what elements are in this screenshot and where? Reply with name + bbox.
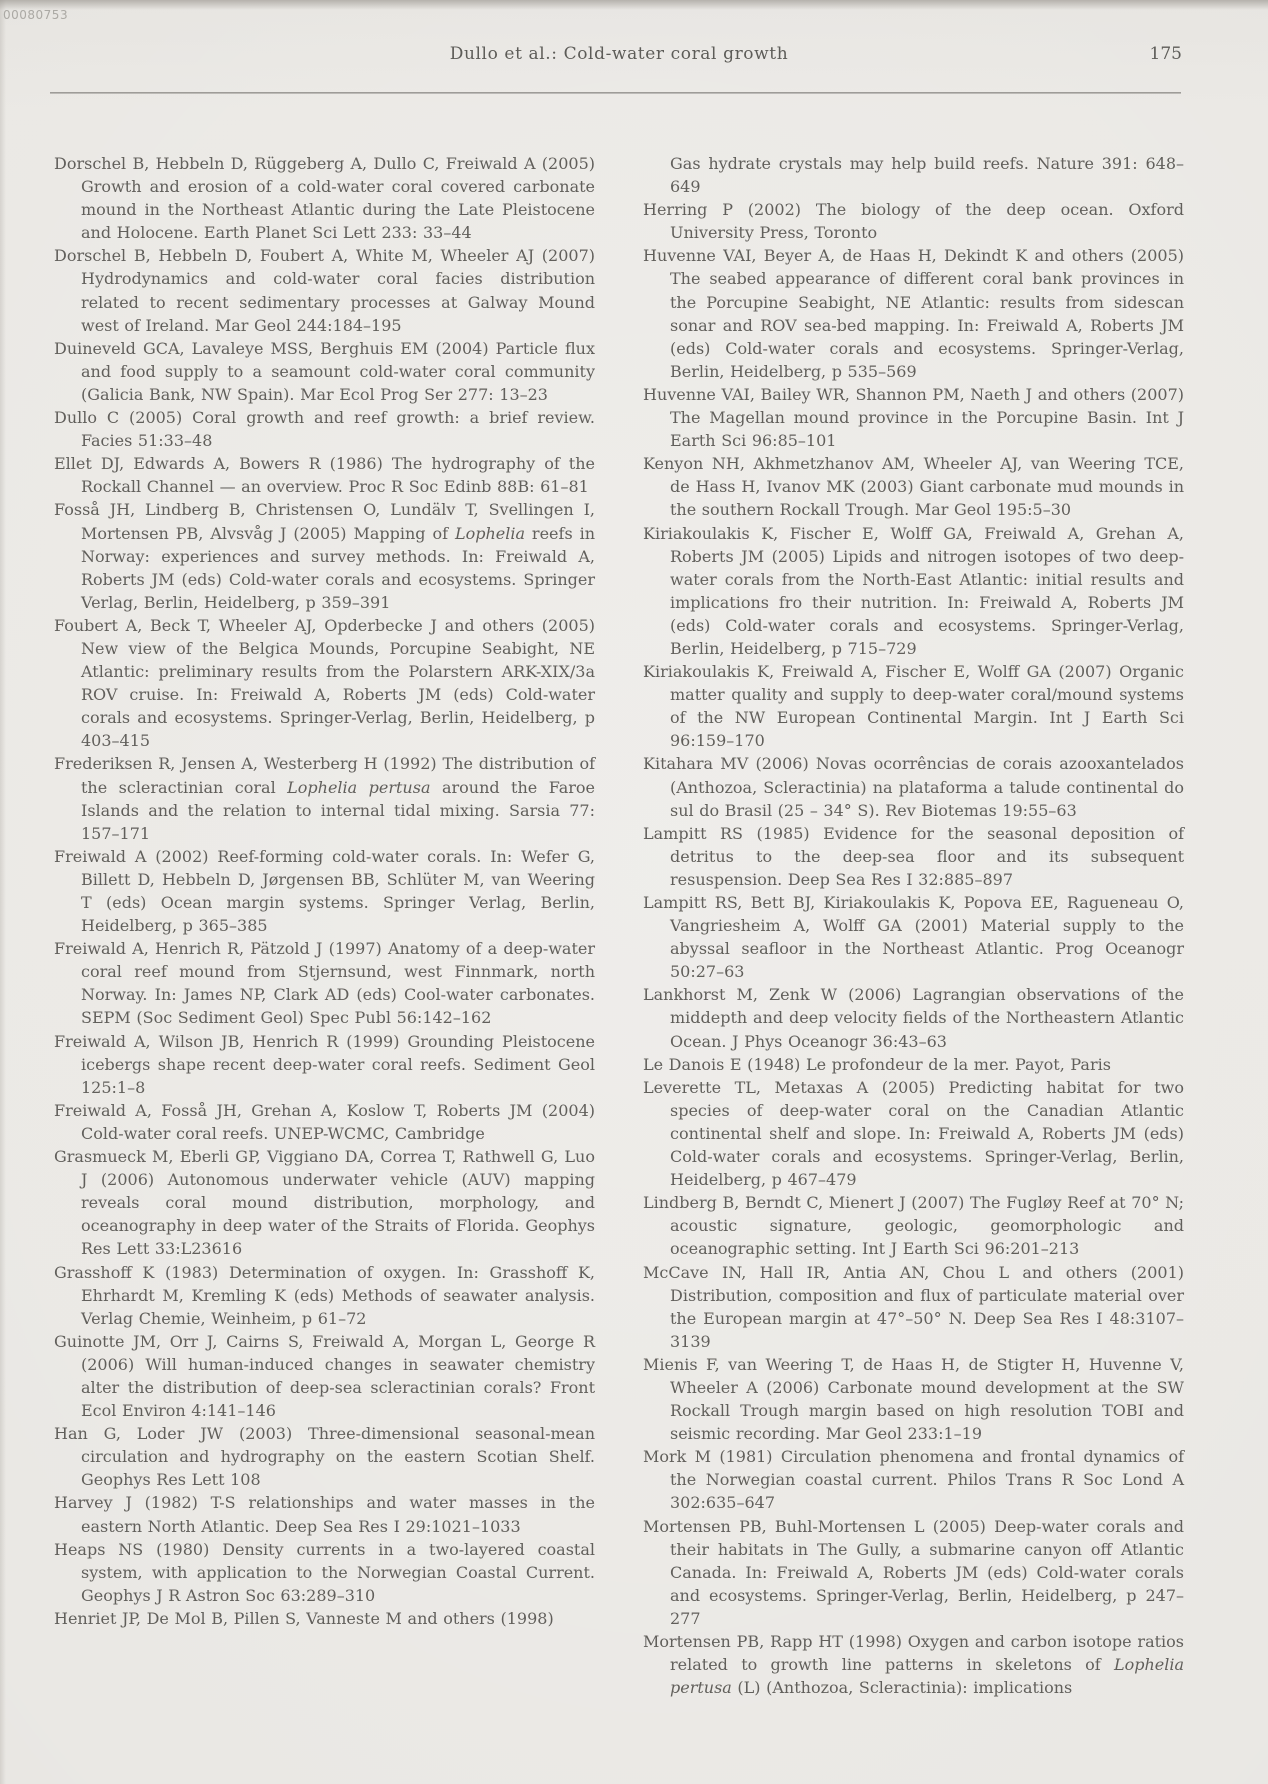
reference-text: Freiwald A (2002) Reef-forming cold-wate…: [54, 847, 595, 935]
reference-text: Mortensen PB, Buhl-Mortensen L (2005) De…: [643, 1517, 1184, 1628]
reference-entry: Herring P (2002) The biology of the deep…: [643, 198, 1184, 244]
reference-entry: Dorschel B, Hebbeln D, Foubert A, White …: [54, 244, 595, 336]
reference-entry: Grasmueck M, Eberli GP, Viggiano DA, Cor…: [54, 1145, 595, 1260]
scan-artifact-left-edge: [0, 0, 6, 1784]
reference-text: Dullo C (2005) Coral growth and reef gro…: [54, 408, 595, 450]
reference-text: Leverette TL, Metaxas A (2005) Predictin…: [643, 1078, 1184, 1189]
reference-entry: Gas hydrate crystals may help build reef…: [643, 152, 1184, 198]
reference-text: Foubert A, Beck T, Wheeler AJ, Opderbeck…: [54, 616, 595, 750]
reference-text: Lankhorst M, Zenk W (2006) Lagrangian ob…: [643, 985, 1184, 1050]
reference-text: Dorschel B, Hebbeln D, Foubert A, White …: [54, 246, 595, 334]
references-right-column: Gas hydrate crystals may help build reef…: [643, 152, 1184, 1699]
reference-text: Duineveld GCA, Lavaleye MSS, Berghuis EM…: [54, 339, 595, 404]
reference-entry: Duineveld GCA, Lavaleye MSS, Berghuis EM…: [54, 337, 595, 406]
reference-text: Grasmueck M, Eberli GP, Viggiano DA, Cor…: [54, 1147, 595, 1258]
reference-text: Mortensen PB, Rapp HT (1998) Oxygen and …: [643, 1632, 1184, 1674]
reference-text: Ellet DJ, Edwards A, Bowers R (1986) The…: [54, 454, 595, 496]
reference-entry: Grasshoff K (1983) Determination of oxyg…: [54, 1261, 595, 1330]
reference-entry: Han G, Loder JW (2003) Three-dimensional…: [54, 1422, 595, 1491]
reference-text: Huvenne VAI, Bailey WR, Shannon PM, Naet…: [643, 385, 1184, 450]
reference-entry: Leverette TL, Metaxas A (2005) Predictin…: [643, 1076, 1184, 1191]
reference-text: Kitahara MV (2006) Novas ocorrências de …: [643, 754, 1184, 819]
reference-entry: Huvenne VAI, Bailey WR, Shannon PM, Naet…: [643, 383, 1184, 452]
reference-text: Harvey J (1982) T-S relationships and wa…: [54, 1493, 595, 1535]
header-rule: [50, 92, 1181, 94]
reference-text: Lampitt RS (1985) Evidence for the seaso…: [643, 824, 1184, 889]
reference-text: Huvenne VAI, Beyer A, de Haas H, Dekindt…: [643, 246, 1184, 380]
reference-entry: Huvenne VAI, Beyer A, de Haas H, Dekindt…: [643, 244, 1184, 383]
reference-entry: Mork M (1981) Circulation phenomena and …: [643, 1445, 1184, 1514]
page-number: 175: [1150, 44, 1182, 64]
reference-text: Le Danois E (1948) Le profondeur de la m…: [643, 1055, 1111, 1074]
reference-text: Freiwald A, Wilson JB, Henrich R (1999) …: [54, 1032, 595, 1097]
reference-text: Dorschel B, Hebbeln D, Rüggeberg A, Dull…: [54, 154, 595, 242]
reference-entry: Henriet JP, De Mol B, Pillen S, Vanneste…: [54, 1607, 595, 1630]
scan-number: 00080753: [3, 8, 68, 22]
reference-entry: Kiriakoulakis K, Fischer E, Wolff GA, Fr…: [643, 522, 1184, 661]
reference-text: Lindberg B, Berndt C, Mienert J (2007) T…: [643, 1193, 1184, 1258]
reference-entry: Mienis F, van Weering T, de Haas H, de S…: [643, 1353, 1184, 1445]
scanned-page: 00080753 Dullo et al.: Cold-water coral …: [0, 0, 1268, 1784]
reference-entry: Le Danois E (1948) Le profondeur de la m…: [643, 1053, 1184, 1076]
reference-entry: Kenyon NH, Akhmetzhanov AM, Wheeler AJ, …: [643, 452, 1184, 521]
running-head: Dullo et al.: Cold-water coral growth: [54, 44, 1184, 64]
reference-entry: Lampitt RS, Bett BJ, Kiriakoulakis K, Po…: [643, 891, 1184, 983]
references-left-column: Dorschel B, Hebbeln D, Rüggeberg A, Dull…: [54, 152, 595, 1699]
reference-entry: Heaps NS (1980) Density currents in a tw…: [54, 1538, 595, 1607]
reference-entry: Guinotte JM, Orr J, Cairns S, Freiwald A…: [54, 1330, 595, 1422]
reference-entry: Kitahara MV (2006) Novas ocorrências de …: [643, 752, 1184, 821]
reference-entry: Fosså JH, Lindberg B, Christensen O, Lun…: [54, 498, 595, 613]
reference-entry: Foubert A, Beck T, Wheeler AJ, Opderbeck…: [54, 614, 595, 753]
reference-entry: Lampitt RS (1985) Evidence for the seaso…: [643, 822, 1184, 891]
reference-text: Grasshoff K (1983) Determination of oxyg…: [54, 1263, 595, 1328]
reference-text: Kiriakoulakis K, Fischer E, Wolff GA, Fr…: [643, 524, 1184, 658]
reference-entry: McCave IN, Hall IR, Antia AN, Chou L and…: [643, 1261, 1184, 1353]
reference-entry: Freiwald A (2002) Reef-forming cold-wate…: [54, 845, 595, 937]
reference-entry: Kiriakoulakis K, Freiwald A, Fischer E, …: [643, 660, 1184, 752]
reference-entry: Freiwald A, Wilson JB, Henrich R (1999) …: [54, 1030, 595, 1099]
reference-entry: Frederiksen R, Jensen A, Westerberg H (1…: [54, 752, 595, 844]
reference-text: McCave IN, Hall IR, Antia AN, Chou L and…: [643, 1263, 1184, 1351]
reference-entry: Freiwald A, Fosså JH, Grehan A, Koslow T…: [54, 1099, 595, 1145]
reference-text: Lampitt RS, Bett BJ, Kiriakoulakis K, Po…: [643, 893, 1184, 981]
reference-text: Gas hydrate crystals may help build reef…: [670, 154, 1184, 196]
reference-text: Heaps NS (1980) Density currents in a tw…: [54, 1540, 595, 1605]
reference-text: Guinotte JM, Orr J, Cairns S, Freiwald A…: [54, 1332, 595, 1420]
reference-text: Freiwald A, Henrich R, Pätzold J (1997) …: [54, 939, 595, 1027]
page-header: Dullo et al.: Cold-water coral growth 17…: [54, 44, 1184, 68]
reference-entry: Ellet DJ, Edwards A, Bowers R (1986) The…: [54, 452, 595, 498]
reference-entry: Lankhorst M, Zenk W (2006) Lagrangian ob…: [643, 983, 1184, 1052]
reference-text: Mienis F, van Weering T, de Haas H, de S…: [643, 1355, 1184, 1443]
reference-text: Herring P (2002) The biology of the deep…: [643, 200, 1184, 242]
reference-text: Han G, Loder JW (2003) Three-dimensional…: [54, 1424, 595, 1489]
reference-text: Mork M (1981) Circulation phenomena and …: [643, 1447, 1184, 1512]
reference-entry: Dullo C (2005) Coral growth and reef gro…: [54, 406, 595, 452]
reference-text: Kiriakoulakis K, Freiwald A, Fischer E, …: [643, 662, 1184, 750]
reference-entry: Lindberg B, Berndt C, Mienert J (2007) T…: [643, 1191, 1184, 1260]
reference-text: Freiwald A, Fosså JH, Grehan A, Koslow T…: [54, 1101, 595, 1143]
reference-entry: Mortensen PB, Rapp HT (1998) Oxygen and …: [643, 1630, 1184, 1699]
reference-list: Dorschel B, Hebbeln D, Rüggeberg A, Dull…: [54, 152, 1184, 1699]
reference-entry: Mortensen PB, Buhl-Mortensen L (2005) De…: [643, 1515, 1184, 1630]
reference-text: (L) (Anthozoa, Scleractinia): implicatio…: [732, 1678, 1072, 1697]
reference-text: Henriet JP, De Mol B, Pillen S, Vanneste…: [54, 1609, 554, 1628]
reference-entry: Dorschel B, Hebbeln D, Rüggeberg A, Dull…: [54, 152, 595, 244]
species-name-italic: Lophelia: [455, 524, 525, 543]
scan-artifact-top-band: [0, 0, 1268, 10]
reference-entry: Harvey J (1982) T-S relationships and wa…: [54, 1491, 595, 1537]
reference-entry: Freiwald A, Henrich R, Pätzold J (1997) …: [54, 937, 595, 1029]
reference-text: Kenyon NH, Akhmetzhanov AM, Wheeler AJ, …: [643, 454, 1184, 519]
species-name-italic: Lophelia pertusa: [287, 778, 430, 797]
